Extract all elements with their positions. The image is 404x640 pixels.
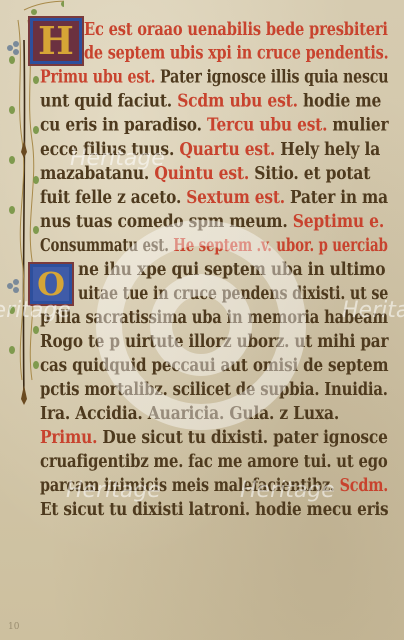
rubric-text: Primu. xyxy=(40,426,102,448)
rubric-text: Scdm. xyxy=(340,474,389,496)
body-text: cu eris in paradiso. xyxy=(40,114,207,136)
body-text: cruafigentibz me. fac me amore tui. ut e… xyxy=(40,450,388,472)
text-line: unt quid faciut. Scdm ubu est. hodie me xyxy=(40,88,381,113)
body-text: unt quid faciut. xyxy=(40,90,177,112)
text-line: fuit felle z aceto. Sextum est. Pater in… xyxy=(40,184,388,209)
watermark-text: Heritage xyxy=(66,478,161,503)
text-line: cu eris in paradiso. Tercu ubu est. muli… xyxy=(40,112,388,137)
rubric-text: Tercu ubu est. xyxy=(207,114,332,136)
manuscript-page: H O Ec est oraao uenabilis bede presbite… xyxy=(0,0,404,640)
body-text: Pater in ma xyxy=(290,186,388,208)
watermark-text: Heritage xyxy=(240,478,335,503)
rubric-text: Quartu est. xyxy=(179,138,280,160)
folio-mark: 10 xyxy=(8,622,19,632)
body-text: Pater ignosce illis quia nescu xyxy=(160,66,388,88)
rubric-text: Scdm ubu est. xyxy=(177,90,303,112)
rubric-text: de septem ubis xpi in cruce pendentis. xyxy=(84,42,388,64)
text-line: Ec est oraao uenabilis bede presbiteri xyxy=(84,16,388,41)
body-text: Hely hely la xyxy=(280,138,380,160)
body-text: hodie me xyxy=(303,90,381,112)
rubric-text: Septimu e. xyxy=(293,210,384,232)
rubric-text: Quintu est. xyxy=(154,162,254,184)
rubric-text: Ec est oraao uenabilis bede presbiteri xyxy=(84,18,388,40)
illuminated-initial-h: H xyxy=(28,16,84,66)
body-text: Due sicut tu dixisti. pater ignosce xyxy=(102,426,387,448)
watermark-text: Heritage xyxy=(0,298,71,323)
body-text: mulier xyxy=(332,114,388,136)
text-line: cruafigentibz me. fac me amore tui. ut e… xyxy=(40,448,388,473)
text-line: Primu ubu est. Pater ignosce illis quia … xyxy=(40,64,388,89)
watermark-text: Heritage xyxy=(342,298,404,323)
body-text: Sitio. et potat xyxy=(254,162,370,184)
watermark-logo-core xyxy=(150,274,252,376)
text-line: de septem ubis xpi in cruce pendentis. xyxy=(84,40,388,65)
rubric-text: Primu ubu est. xyxy=(40,66,160,88)
body-text: fuit felle z aceto. xyxy=(40,186,186,208)
watermark-text: Heritage xyxy=(70,146,165,171)
rubric-text: Sextum est. xyxy=(186,186,290,208)
